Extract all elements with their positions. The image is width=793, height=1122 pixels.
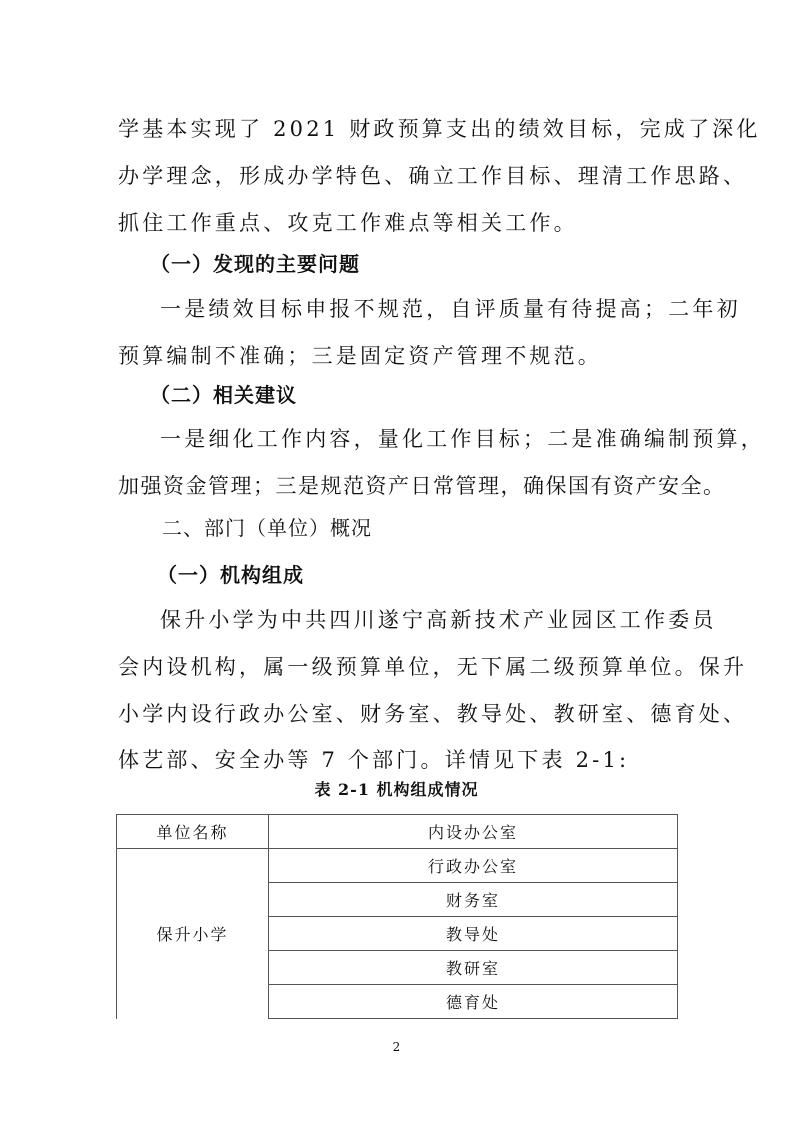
organization-table: 单位名称 内设办公室 保升小学 行政办公室 财务室 教导处 教研室 德育处 (116, 814, 678, 1019)
overview-line-2: 会内设机构，属一级预算单位，无下属二级预算单位。保升 (118, 653, 747, 681)
overview-line-1: 保升小学为中共四川遂宁高新技术产业园区工作委员 (160, 606, 717, 634)
heading-problems: （一）发现的主要问题 (150, 250, 360, 278)
table-caption: 表 2-1 机构组成情况 (0, 778, 793, 802)
page-number: 2 (0, 1040, 793, 1054)
unit-name-cell: 保升小学 (117, 849, 269, 1019)
problems-line-2: 预算编制不准确；三是固定资产管理不规范。 (118, 342, 602, 370)
office-cell: 财务室 (269, 883, 678, 917)
heading-suggestions: （二）相关建议 (150, 381, 297, 409)
overview-line-3: 小学内设行政办公室、财务室、教导处、教研室、德育处、 (118, 700, 747, 728)
heading-organization: （一）机构组成 (157, 561, 304, 589)
overview-line-4: 体艺部、安全办等 7 个部门。详情见下表 2-1: (118, 746, 629, 774)
header-unit-name: 单位名称 (117, 815, 269, 849)
intro-line-1: 学基本实现了 2021 财政预算支出的绩效目标，完成了深化 (118, 115, 761, 143)
heading-overview: 二、部门（单位）概况 (162, 514, 372, 542)
office-cell: 教研室 (269, 951, 678, 985)
intro-line-3: 抓住工作重点、攻克工作难点等相关工作。 (118, 209, 578, 237)
office-cell: 德育处 (269, 985, 678, 1019)
intro-line-2: 办学理念，形成办学特色、确立工作目标、理清工作思路、 (118, 162, 747, 190)
table-header-row: 单位名称 内设办公室 (117, 815, 678, 849)
office-cell: 行政办公室 (269, 849, 678, 883)
header-offices: 内设办公室 (269, 815, 678, 849)
table-row: 保升小学 行政办公室 (117, 849, 678, 883)
office-cell: 教导处 (269, 917, 678, 951)
suggestions-line-2: 加强资金管理；三是规范资产日常管理，确保国有资产安全。 (118, 472, 726, 500)
problems-line-1: 一是绩效目标申报不规范，自评质量有待提高；二年初 (160, 295, 741, 323)
suggestions-line-1: 一是细化工作内容，量化工作目标；二是准确编制预算， (160, 425, 765, 453)
